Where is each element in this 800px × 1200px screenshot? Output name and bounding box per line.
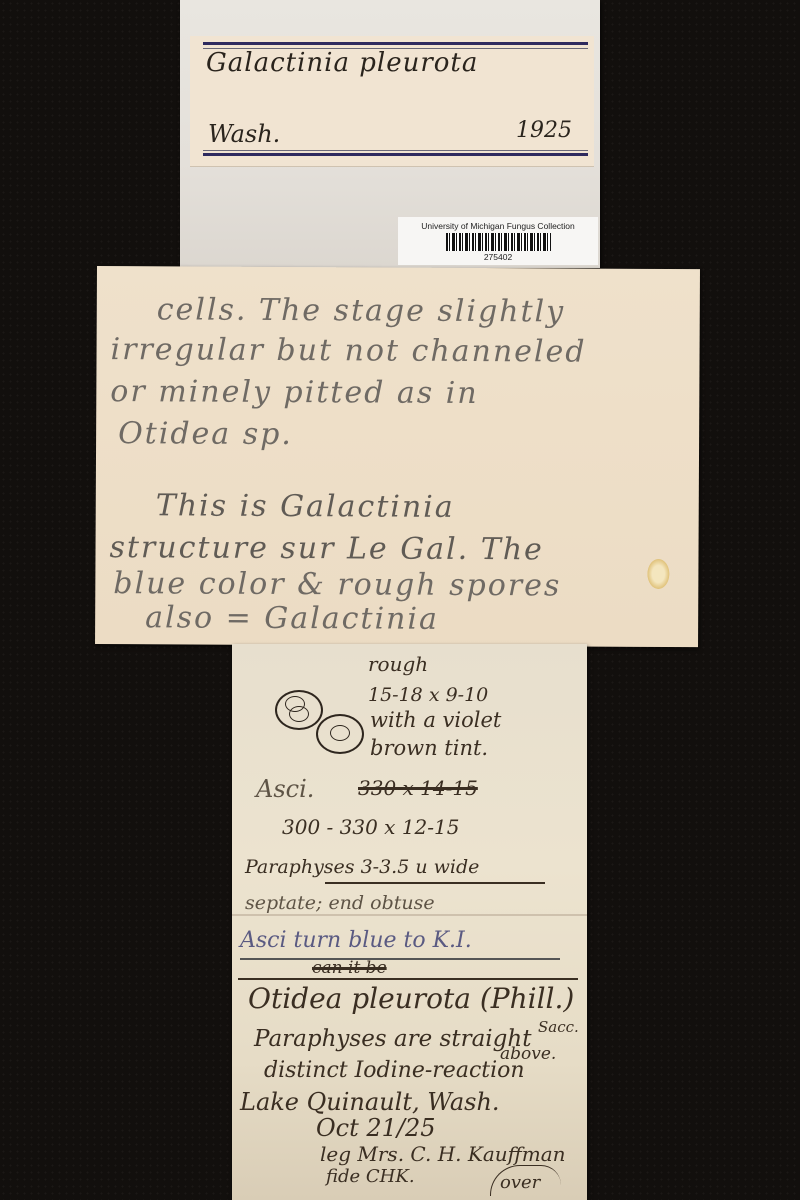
spore-sketch-icon (275, 690, 323, 730)
note-date: Oct 21/25 (316, 1114, 436, 1142)
iodine-note: distinct Iodine-reaction (264, 1058, 525, 1083)
pencil-line: cells. The stage slightly (157, 292, 566, 329)
spore-sketch-icon (316, 714, 364, 754)
note-locality: Lake Quinault, Wash. (240, 1088, 500, 1116)
spore-size: 15-18 x 9-10 (368, 684, 488, 706)
underline (325, 882, 545, 884)
institution-name: University of Michigan Fungus Collection (398, 221, 598, 231)
paraphyses-note: Paraphyses are straight (254, 1026, 531, 1052)
iodine-reaction: Asci turn blue to K.I. (240, 928, 472, 953)
struck-question: can it be (312, 958, 387, 978)
asci-struck-measure: 330 x 14-15 (358, 776, 478, 800)
pencil-note-card: cells. The stage slightly irregular but … (95, 266, 700, 647)
asci-size: 300 - 330 x 12-15 (282, 815, 459, 839)
spore-description: brown tint. (370, 736, 488, 760)
label-rule-bottom-thin (203, 150, 588, 151)
stain-mark (647, 559, 669, 589)
paraphyses-shape: septate; end obtuse (245, 892, 435, 914)
pencil-line: blue color & rough spores (113, 566, 561, 603)
fold-crease (232, 914, 587, 916)
label-taxon: Galactinia pleurota (206, 48, 478, 78)
pencil-line: or minely pitted as in (110, 374, 478, 411)
spore-description: with a violet (370, 708, 501, 732)
catalog-number: 275402 (398, 252, 598, 262)
pencil-line: irregular but not channeled (110, 332, 586, 369)
handwritten-packet-label: Galactinia pleurota Wash. 1925 (190, 36, 594, 167)
pencil-line: Otidea sp. (118, 416, 293, 452)
label-locality: Wash. (208, 120, 280, 148)
note-collector: leg Mrs. C. H. Kauffman (320, 1142, 566, 1166)
label-rule-bottom (203, 153, 588, 156)
barcode-label: University of Michigan Fungus Collection… (398, 217, 598, 265)
pencil-line: also = Galactinia (145, 600, 439, 637)
pencil-line: structure sur Le Gal. The (109, 530, 544, 567)
note-determiner: fide CHK. (326, 1166, 415, 1187)
underline (240, 958, 560, 960)
label-rule-top (203, 42, 588, 45)
label-year: 1925 (516, 118, 572, 143)
spore-roughness: rough (368, 652, 428, 676)
above-note: above. (500, 1044, 556, 1064)
note-taxon: Otidea pleurota (Phill.) (248, 982, 574, 1015)
barcode-icon (446, 233, 551, 251)
paraphyses-width: Paraphyses 3-3.5 u wide (245, 856, 479, 878)
note-over: over (500, 1172, 540, 1193)
asci-label: Asci. (256, 775, 314, 803)
taxon-author: Sacc. (538, 1018, 579, 1036)
divider-line (238, 978, 578, 980)
pencil-line: This is Galactinia (156, 488, 455, 525)
specimen-packet: Galactinia pleurota Wash. 1925 Universit… (180, 0, 600, 268)
